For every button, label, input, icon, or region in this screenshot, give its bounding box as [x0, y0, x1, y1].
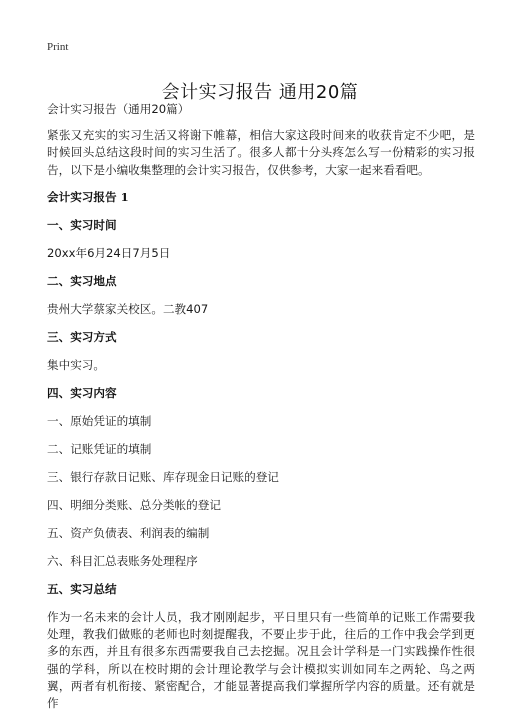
summary-paragraph: 作为一名未来的会计人员，我才刚刚起步，平日里只有一些简单的记账工作需要我处理，教… [47, 609, 475, 713]
section-heading-time: 一、实习时间 [47, 217, 475, 233]
document-subtitle: 会计实习报告（通用20篇） [47, 101, 475, 117]
list-item: 六、科目汇总表账务处理程序 [47, 553, 475, 569]
section-heading-method: 三、实习方式 [47, 329, 475, 345]
report-heading: 会计实习报告 1 [47, 189, 475, 205]
document-page: Print 会计实习报告 通用20篇 会计实习报告（通用20篇） 紧张又充实的实… [0, 0, 520, 718]
section-text-location: 贵州大学蔡家关校区。二教407 [47, 301, 475, 317]
list-item: 四、明细分类账、总分类帐的登记 [47, 497, 475, 513]
section-text-method: 集中实习。 [47, 357, 475, 373]
section-heading-summary: 五、实习总结 [47, 581, 475, 597]
intro-paragraph: 紧张又充实的实习生活又将谢下帷幕，相信大家这段时间来的收获肯定不少吧，是时候回头… [47, 127, 475, 179]
list-item: 五、资产负债表、利润表的编制 [47, 525, 475, 541]
section-text-time: 20xx年6月24日7月5日 [47, 245, 475, 261]
section-heading-content: 四、实习内容 [47, 385, 475, 401]
section-heading-location: 二、实习地点 [47, 273, 475, 289]
list-item: 一、原始凭证的填制 [47, 413, 475, 429]
print-label: Print [47, 41, 68, 53]
document-body: 会计实习报告（通用20篇） 紧张又充实的实习生活又将谢下帷幕，相信大家这段时间来… [47, 101, 475, 718]
list-item: 二、记账凭证的填制 [47, 441, 475, 457]
list-item: 三、银行存款日记账、库存现金日记账的登记 [47, 469, 475, 485]
